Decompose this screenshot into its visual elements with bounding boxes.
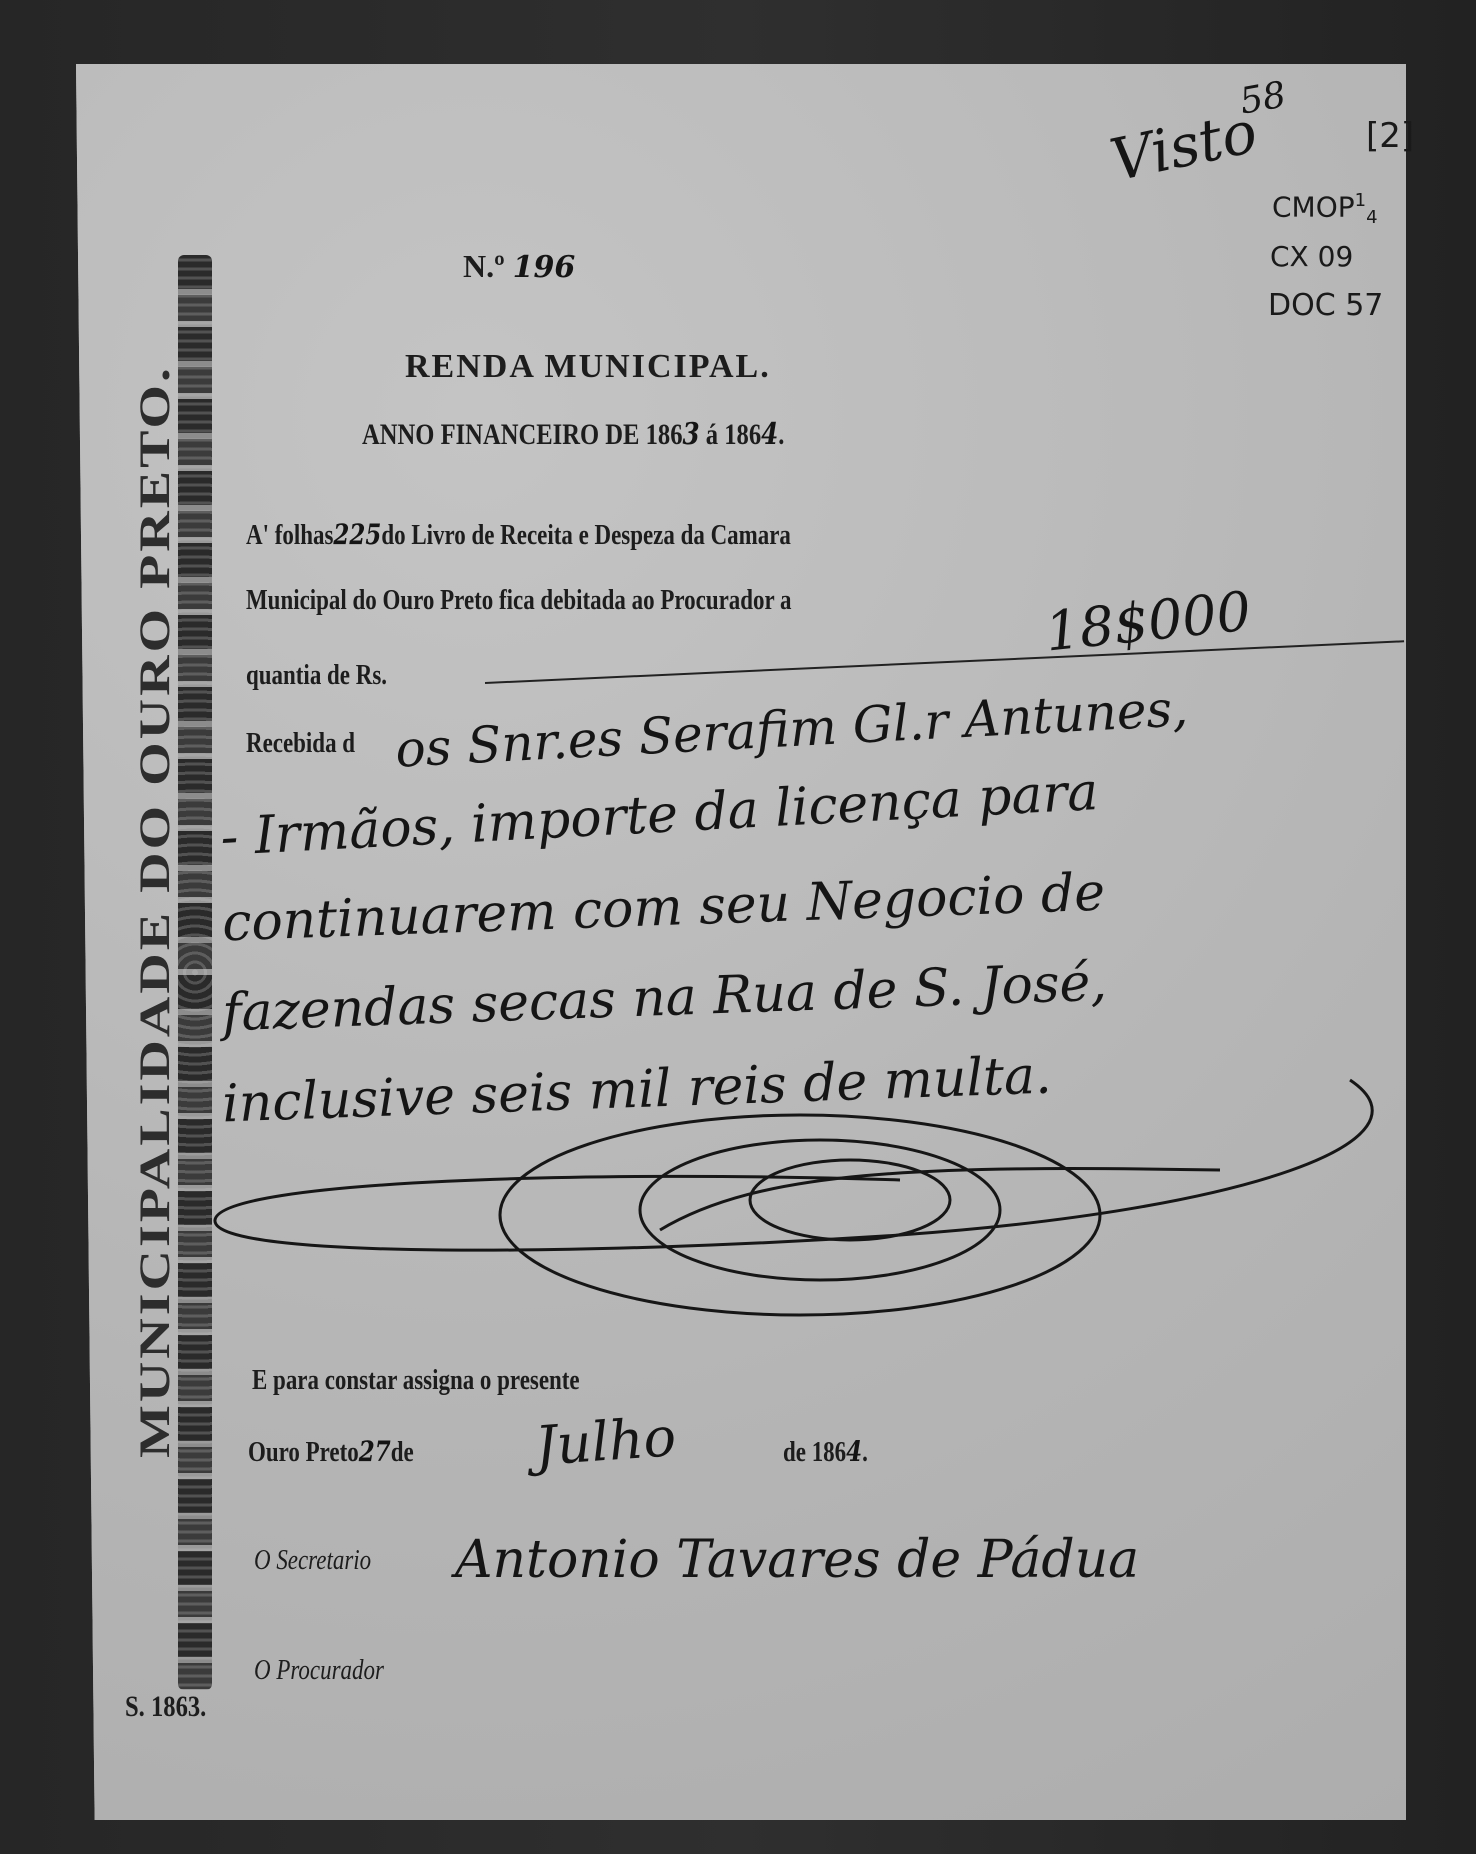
collection-label: CMOP14 xyxy=(1272,190,1378,228)
folio-number: 58 xyxy=(1237,74,1289,122)
print-year-footer: S. 1863. xyxy=(125,1690,224,1724)
fiscal-year-end-digit: 4 xyxy=(761,417,778,452)
doc-label: DOC 57 xyxy=(1268,288,1383,323)
de-text: de xyxy=(391,1437,414,1468)
debit-text: Municipal do Ouro Preto fica debitada ao… xyxy=(246,585,792,617)
secretary-signature: Antonio Tavares de Pádua xyxy=(455,1530,1139,1590)
constar-text: E para constar assigna o presente xyxy=(252,1365,580,1397)
collection-subscript: 4 xyxy=(1366,207,1377,228)
fiscal-year-line: ANNO FINANCEIRO DE 1863 á 1864. xyxy=(362,417,877,452)
closing-date-line: Ouro Preto27de xyxy=(248,1435,450,1469)
day-handwritten: 27 xyxy=(359,1435,391,1468)
folio-handwritten: 225 xyxy=(333,518,381,551)
fiscal-year-suffix: . xyxy=(778,418,784,451)
month-handwritten: Julho xyxy=(533,1405,678,1478)
boxed-number: [2] xyxy=(1366,116,1414,156)
ornamental-border xyxy=(178,255,212,1690)
collection-text: CMOP xyxy=(1272,190,1355,223)
ledger-text: do Livro de Receita e Despeza da Camara xyxy=(381,520,791,551)
receipt-number: N.º 196 xyxy=(463,248,575,285)
fiscal-year-start-digit: 3 xyxy=(683,417,700,452)
closing-flourish xyxy=(200,1060,1420,1360)
year-suffix: . xyxy=(862,1437,868,1468)
number-value: 196 xyxy=(513,250,576,285)
secretary-label: O Secretario xyxy=(254,1545,397,1577)
place-text: Ouro Preto xyxy=(248,1437,359,1468)
body-line-2: Municipal do Ouro Preto fica debitada ao… xyxy=(246,585,911,617)
folhas-label: A' folhas xyxy=(246,520,333,551)
collection-superscript: 1 xyxy=(1355,190,1366,211)
year-prefix: de 186 xyxy=(783,1437,846,1468)
year-handwritten-digit: 4 xyxy=(846,1435,862,1468)
box-label: CX 09 xyxy=(1270,240,1353,273)
body-line-1: A' folhas225do Livro de Receita e Despez… xyxy=(246,518,911,552)
number-label: N.º xyxy=(463,248,505,284)
closing-line-1: E para constar assigna o presente xyxy=(252,1365,652,1397)
document-title: RENDA MUNICIPAL. xyxy=(405,348,771,386)
body-line-3: quantia de Rs. xyxy=(246,660,418,692)
procurador-label: O Procurador xyxy=(254,1655,412,1687)
quantia-label: quantia de Rs. xyxy=(246,660,387,692)
recebida-label: Recebida d xyxy=(246,728,355,759)
closing-year: de 1864. xyxy=(783,1435,886,1469)
fiscal-year-middle: á 186 xyxy=(706,418,761,451)
fiscal-year-prefix: ANNO FINANCEIRO DE 186 xyxy=(362,418,683,451)
body-line-4: Recebida d xyxy=(246,728,379,760)
